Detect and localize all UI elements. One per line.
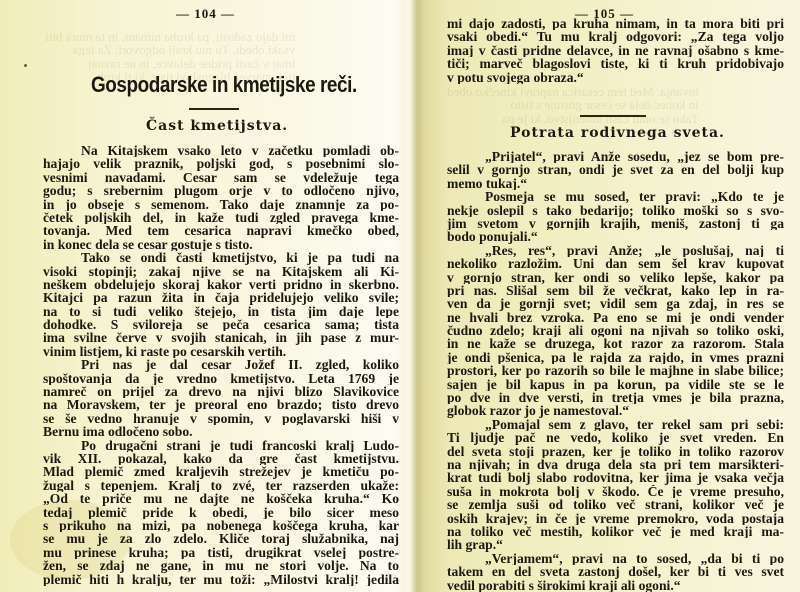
- text-line: bodo ponujali.“: [447, 230, 784, 243]
- text-line: pri nas. Slišal sem bil že večkrat, kako…: [447, 284, 784, 297]
- text-line: vesnimi navadami. Cesar sam se vdeležuje…: [43, 171, 399, 184]
- text-line: v potu svojega obraza.“: [447, 71, 784, 84]
- text-line: na Moravskem, ter je preoral eno brazdo;…: [43, 398, 399, 411]
- chapter-title: Gospodarske in kmetijske reči.: [91, 72, 349, 98]
- text-line: sajen je bil kapus in pa korun, pa vidil…: [447, 378, 784, 391]
- text-line: del sveta stoji prazen, ker je toliko in…: [447, 445, 784, 458]
- text-line: po dve in dve versti, in tretja vmes je …: [447, 391, 784, 404]
- text-line: na toliko več mestih, kolikor več je med…: [447, 525, 784, 538]
- text-line: „Verjamem“, pravi na to sosed, „da bi ti…: [447, 552, 784, 565]
- text-line: nekoliko razložim. Uni dan sem šel krav …: [447, 257, 784, 270]
- text-line: „Prijatel“, pravi Anže sosedu, „jez se b…: [447, 150, 784, 163]
- left-page-body: Na Kitajskem vsako leto v začetku pomlad…: [43, 144, 399, 586]
- text-line: takem en del sveta zastonj došel, ker bi…: [447, 565, 784, 578]
- text-line: Po drugačni strani je tudi francoski kra…: [43, 439, 399, 452]
- text-line: Na Kitajskem vsako leto v začetku pomlad…: [43, 144, 399, 157]
- text-line: četek poljskih del, in kaže tudi zgled p…: [43, 211, 399, 224]
- text-line: hajajo velik praznik, poljski god, s pos…: [43, 157, 399, 170]
- paper-speck: [24, 64, 27, 67]
- text-line: Kitajci pa razun žita in čaja pridelujej…: [43, 291, 399, 304]
- text-line: suša in mokrota bolj v škodo. Če je vrem…: [447, 485, 784, 498]
- text-line: spoštovanja da je vredno kmetijstvo. Let…: [43, 372, 399, 385]
- text-line: neškem obdelujejo skoraj kakor verti pri…: [43, 278, 399, 291]
- text-line: se še vedno hranuje v spomin, v poglavar…: [43, 412, 399, 425]
- page-number-left: — 104 —: [176, 6, 235, 22]
- text-line: „Od te priče mu ne dajte ne koščeka kruh…: [43, 492, 399, 505]
- text-line: imaj v časti pridne delavce, in ne ravna…: [447, 44, 784, 57]
- text-line: vsaki obedi.“ Tu mu kralj odgovori: „Za …: [447, 30, 784, 43]
- text-line: memo tukaj.“: [447, 177, 784, 190]
- text-line: godu; s srebernim plugom orje v to odloč…: [43, 184, 399, 197]
- text-line: globok razor jo je namestoval.“: [447, 404, 784, 417]
- text-line: oskih krajev; in če je vreme premokro, v…: [447, 512, 784, 525]
- text-line: Tako se ondi časti kmetijstvo, ki je pa …: [43, 251, 399, 264]
- text-line: jim svetom v gornjih krajih, meniš, zast…: [447, 217, 784, 230]
- text-line: tiči; marveč blagoslovi tiste, ki ti kru…: [447, 57, 784, 70]
- text-line: krat tudi bolj slabo rodovitna, ker jima…: [447, 471, 784, 484]
- text-line: ima svilne červe v svojih stanicah, in j…: [43, 331, 399, 344]
- title-rule: [189, 108, 239, 110]
- text-line: in konec dela se cesar gostuje s tisto.: [43, 238, 399, 251]
- text-line: ven da je gornji svet; vidil sem ga zdaj…: [447, 297, 784, 310]
- text-line: vinim listjem, ki raste po cesarskih ver…: [43, 345, 399, 358]
- text-line: plemič hiti h kralju, ter mu toži: „Milo…: [43, 573, 399, 586]
- text-line: Pri nas je dal cesar Jožef II. zgled, ko…: [43, 358, 399, 371]
- text-line: Ti ljudje pač ne vedo, koliko je svet vr…: [447, 431, 784, 444]
- section-heading-left: Čast kmetijstva.: [146, 118, 288, 134]
- text-line: prostori, ker po razorih so bile le majh…: [447, 364, 784, 377]
- text-line: visoki stopinji; zakaj njive se na Kitaj…: [43, 265, 399, 278]
- text-line: „Pomajal sem z glavo, ter rekel sam pri …: [447, 418, 784, 431]
- text-line: lih grap.“: [447, 538, 784, 551]
- right-page-body: „Prijatel“, pravi Anže sosedu, „jez se b…: [447, 150, 784, 592]
- text-line: tedaj plemič pride k obedi, je bilo sice…: [43, 506, 399, 519]
- text-line: na to si tudi veliko štejejo, in tista j…: [43, 305, 399, 318]
- text-line: nekje oslepil s tako bedarijo; toliko mo…: [447, 204, 784, 217]
- text-line: vedil porabiti s širokimi kraji ali ogon…: [447, 579, 784, 592]
- text-line: namreč on prijel za drevo na njivi blizo…: [43, 385, 399, 398]
- text-line: „Res, res“, pravi Anže; „le poslušaj, na…: [447, 244, 784, 257]
- text-line: s prikuho na mizi, pa nobenega koščega k…: [43, 519, 399, 532]
- text-line: se mu je za zlo zdelo. Kliče toraj služa…: [43, 532, 399, 545]
- text-line: čudno zdelo; kraji ali ogoni na njivah s…: [447, 324, 784, 337]
- text-line: dohodke. S sviloreja se peča cesarica sa…: [43, 318, 399, 331]
- text-line: in ne kaže se druzega, kot razor za razo…: [447, 337, 784, 350]
- text-line: Bernu ima odločeno sobo.: [43, 425, 399, 438]
- text-line: je ondi pšenica, pa le rajda za rajdo, i…: [447, 351, 784, 364]
- text-line: ne hvali brez vzroka. Pa eno se mi je on…: [447, 311, 784, 324]
- text-line: žugal s tepenjem. Kralj to zvé, ter razs…: [43, 479, 399, 492]
- text-line: na njivah; in dva druga dela sta pri tem…: [447, 458, 784, 471]
- text-line: v gornjo stran, ker ondi so veliko lepše…: [447, 271, 784, 284]
- text-line: mi dajo zadosti, pa kruha nimam, in ta m…: [447, 17, 784, 30]
- text-line: žen, se zdaj ne gane, in mu ne stori vol…: [43, 559, 399, 572]
- text-line: Posmeja se mu sosed, ter pravi: „Kdo te …: [447, 190, 784, 203]
- text-line: mu prinese kruha; pa tisti, drugikrat vs…: [43, 546, 399, 559]
- book-gutter: [402, 0, 424, 592]
- section-rule: [580, 115, 646, 117]
- right-page-continuation: mi dajo zadosti, pa kruha nimam, in ta m…: [447, 17, 784, 84]
- text-line: tovanja. Med tem cesarica napravi kmečko…: [43, 224, 399, 237]
- section-heading-right: Potrata rodivnega sveta.: [510, 125, 725, 141]
- text-line: Mlad plemič zmed kraljevih strežejev je …: [43, 465, 399, 478]
- book-spread: mi dajo zadosti, pa kruha nimam, in ta m…: [0, 0, 800, 592]
- text-line: selil v gornjo stran, ondi je svet za en…: [447, 163, 784, 176]
- bleed-through-text: tovanja. Med tem cesarica napravi kmečko…: [447, 85, 699, 125]
- text-line: se zemlja suši od toliko več strani, kol…: [447, 498, 784, 511]
- text-line: in jo obseje s semenom. Tako daje znamnj…: [43, 198, 399, 211]
- text-line: vik XII. pokazal, kako da gre čast kmeti…: [43, 452, 399, 465]
